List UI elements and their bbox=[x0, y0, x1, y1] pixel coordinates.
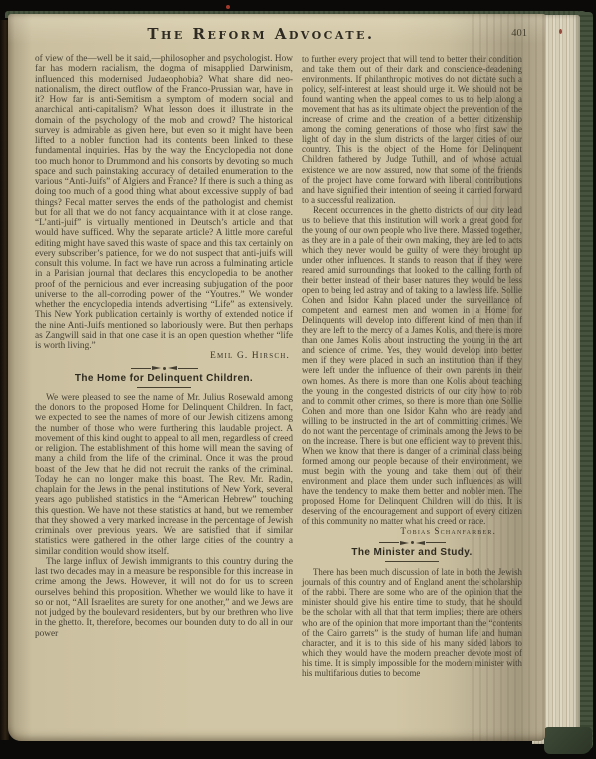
divider-arrow-icon bbox=[400, 541, 409, 545]
heading-underline-rule bbox=[137, 387, 191, 388]
page-header: The Reform Advocate. 401 bbox=[35, 25, 527, 41]
paragraph: to further every project that will tend … bbox=[302, 54, 522, 205]
right-column: to further every project that will tend … bbox=[302, 54, 522, 678]
paragraph-article-end: of view of the—well be it said,—philosop… bbox=[35, 54, 293, 351]
page-number: 401 bbox=[511, 28, 527, 39]
divider-arrow-icon bbox=[168, 366, 177, 370]
heading-home-for-delinquent-children: The Home for Delinquent Children. bbox=[35, 374, 293, 384]
divider-line bbox=[131, 368, 151, 369]
left-column: of view of the—well be it said,—philosop… bbox=[35, 54, 293, 678]
divider-line bbox=[379, 542, 399, 543]
paragraph: Recent occurrences in the ghetto distric… bbox=[302, 205, 522, 527]
scan-speck bbox=[559, 29, 562, 34]
divider-dot bbox=[411, 541, 414, 544]
signature-emil-g-hirsch: Emil G. Hirsch. bbox=[35, 351, 293, 361]
heading-underline-rule bbox=[385, 561, 439, 562]
heading-minister-and-study: The Minister and Study. bbox=[302, 548, 522, 558]
scan-speck bbox=[226, 5, 230, 9]
section-divider-ornament bbox=[35, 365, 293, 372]
text-columns: of view of the—well be it said,—philosop… bbox=[35, 54, 527, 678]
masthead-title: The Reform Advocate. bbox=[35, 25, 487, 43]
paragraph: We were pleased to see the name of Mr. J… bbox=[35, 393, 293, 557]
paragraph: The large influx of Jewish immigrants to… bbox=[35, 557, 293, 639]
divider-dot bbox=[163, 367, 166, 370]
signature-tobias-schanfarber: Tobias Schanfarber. bbox=[302, 526, 522, 536]
divider-line bbox=[426, 542, 446, 543]
divider-line bbox=[178, 368, 198, 369]
scanned-page: The Reform Advocate. 401 of view of the—… bbox=[8, 14, 545, 741]
book-cover-corner bbox=[544, 727, 592, 754]
paragraph: There has been much discussion of late i… bbox=[302, 567, 522, 678]
divider-arrow-icon bbox=[152, 366, 161, 370]
divider-arrow-icon bbox=[416, 541, 425, 545]
section-divider-ornament bbox=[302, 539, 522, 546]
